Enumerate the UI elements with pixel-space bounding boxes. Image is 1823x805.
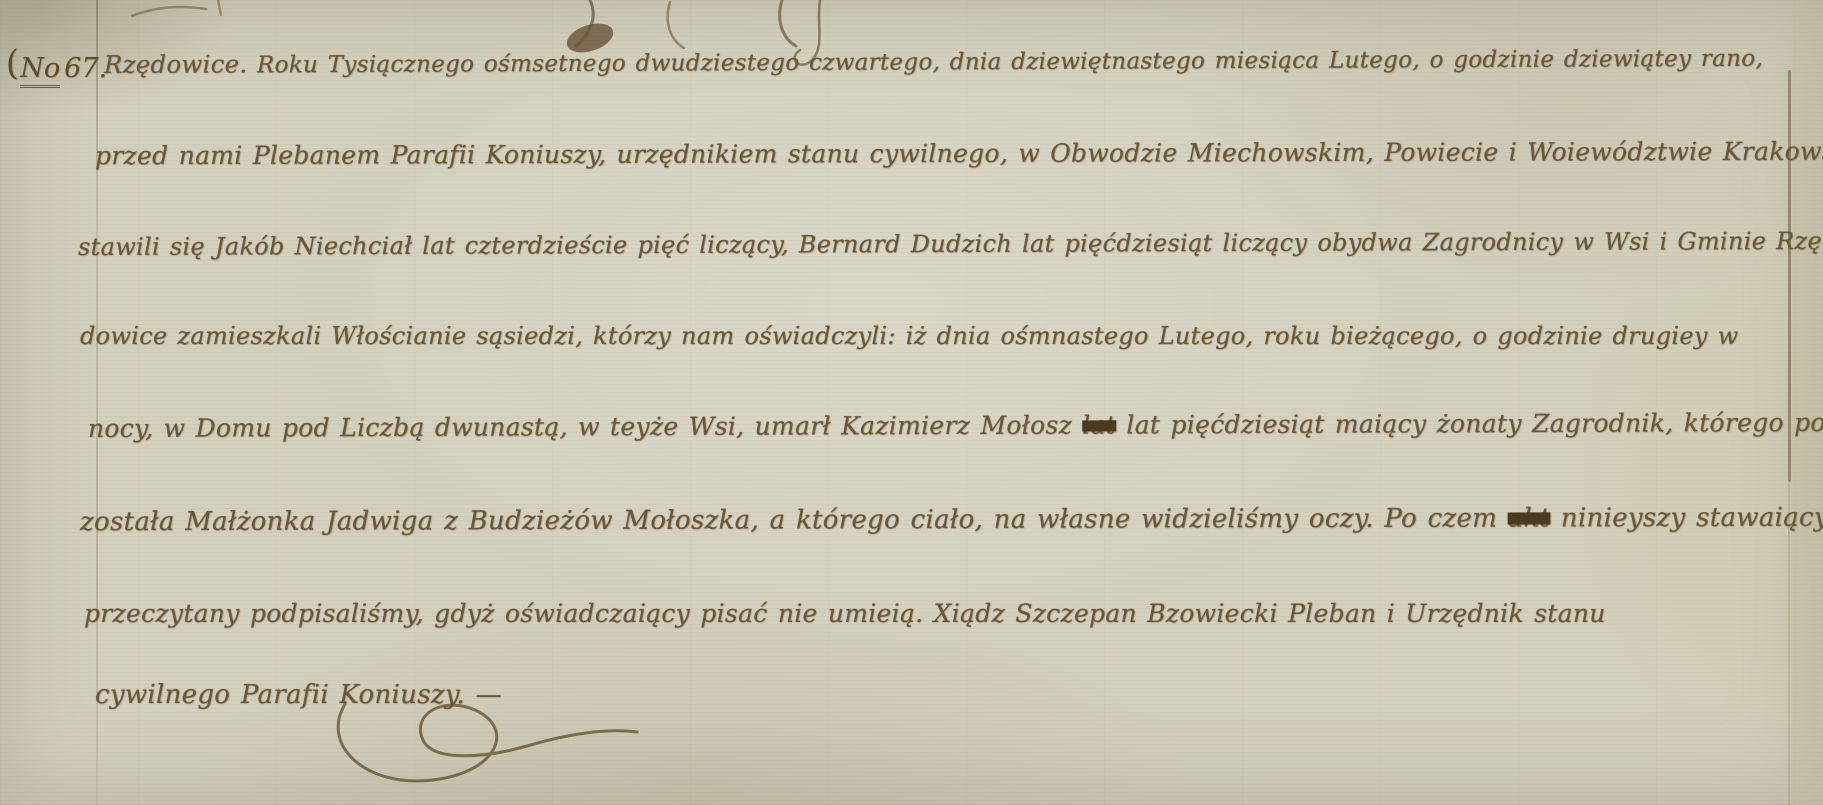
manuscript-line-4: dowice zamieszkali Włościanie sąsiedzi, … [80, 322, 1650, 350]
manuscript-line-6: została Małżonka Jadwiga z Budzieżów Moł… [80, 503, 1783, 537]
manuscript-line-2: przed nami Plebanem Parafii Koniuszy, ur… [95, 137, 1798, 170]
record-number: (No67. [6, 46, 107, 86]
record-number-value: 67. [64, 53, 107, 84]
line-2-text: przed nami Plebanem Parafii Koniuszy, ur… [95, 136, 1823, 170]
line-7-text: przeczytany podpisaliśmy, gdyż oświadcza… [84, 599, 1606, 628]
line-5-pre: nocy, w Domu pod Liczbą dwunastą, w teyż… [88, 411, 1082, 443]
line-3-text: stawili się Jakób Niechciał lat czterdzi… [78, 227, 1823, 261]
manuscript-line-1: Rzędowice. Roku Tysiącznego ośmsetnego d… [104, 44, 1556, 79]
line-6-post: ninieyszy stawaiącym [1550, 503, 1823, 534]
line-6-pre: została Małżonka Jadwiga z Budzieżów Moł… [80, 503, 1508, 537]
signature-flourish [315, 688, 645, 802]
right-paper-strip [1792, 0, 1823, 805]
line-4-text: dowice zamieszkali Włościanie sąsiedzi, … [80, 322, 1738, 350]
manuscript-line-5: nocy, w Domu pod Liczbą dwunastą, w teyż… [88, 408, 1801, 443]
record-number-label: No [20, 53, 60, 88]
line-5-struck-word: lat [1082, 410, 1116, 439]
line-1-text: Roku Tysiącznego ośmsetnego dwudziestego… [257, 46, 1763, 79]
manuscript-line-7: przeczytany podpisaliśmy, gdyż oświadcza… [84, 599, 1554, 628]
line-5-post: lat pięćdziesiąt maiący żonaty Zagrodnik… [1116, 408, 1823, 440]
manuscript-page: (No67. Rzędowice. Roku Tysiącznego ośmse… [0, 0, 1823, 805]
top-edge-ink-remnants-left [130, 0, 240, 22]
line-6-struck-word: akt [1508, 503, 1551, 533]
place-heading: Rzędowice. [104, 49, 248, 79]
manuscript-line-3: stawili się Jakób Niechciał lat czterdzi… [78, 227, 1811, 261]
